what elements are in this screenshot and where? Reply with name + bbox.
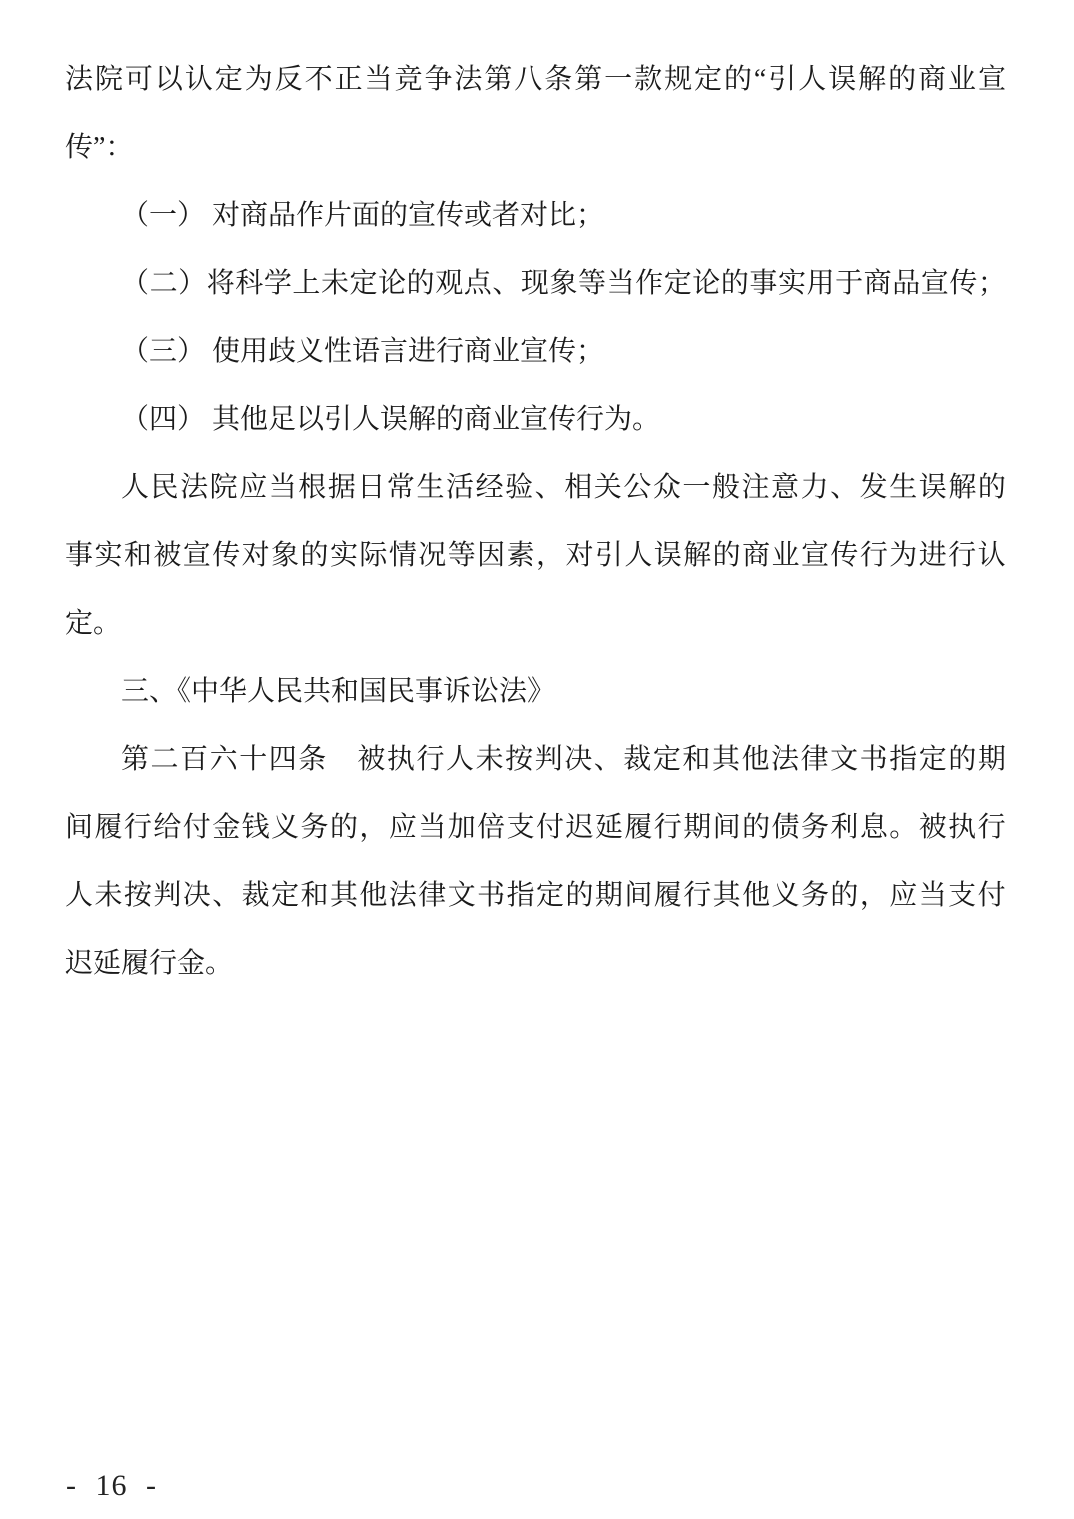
glyph: 二 (150, 250, 178, 318)
glyph: 科 (235, 250, 263, 318)
glyph: 解 (683, 522, 711, 590)
glyph: 、 (594, 726, 622, 794)
glyph: 院 (95, 46, 123, 114)
glyph: 其 (330, 862, 358, 930)
glyph: 百 (180, 726, 208, 794)
glyph: 实 (778, 250, 806, 318)
glyph: 未 (321, 250, 349, 318)
glyph: 根 (298, 454, 326, 522)
text-line: 事实和被宣传对象的实际情况等因素，对引人误解的商业宣传行为进行认 (65, 522, 1006, 590)
glyph: 按 (505, 726, 533, 794)
glyph: 和 (682, 726, 710, 794)
glyph: 上 (292, 250, 320, 318)
glyph: 解 (948, 454, 976, 522)
glyph: 据 (328, 454, 356, 522)
glyph: 意 (771, 454, 799, 522)
glyph: 定 (919, 726, 947, 794)
glyph: 八 (514, 46, 542, 114)
glyph: 四 (269, 726, 297, 794)
glyph: 法 (180, 454, 208, 522)
glyph: 民 (151, 454, 179, 522)
glyph: 第 (574, 46, 602, 114)
glyph: 的 (724, 46, 752, 114)
glyph: 不 (305, 46, 333, 114)
glyph: 行 (860, 522, 888, 590)
glyph: 行 (948, 522, 976, 590)
glyph: 商 (864, 250, 892, 318)
glyph: 进 (919, 522, 947, 590)
glyph: 定 (536, 862, 564, 930)
glyph: 发 (860, 454, 888, 522)
document-page: 法院可以认定为反不正当竞争法第八条第一款规定的“引人误解的商业宣传”：（一） 对… (0, 0, 1074, 1519)
glyph: 的 (330, 794, 358, 862)
glyph: 宣 (978, 46, 1006, 114)
glyph: 象 (271, 522, 299, 590)
glyph: 条 (544, 46, 572, 114)
glyph: 行 (683, 862, 711, 930)
text-line: （一） 对商品作片面的宣传或者对比； (65, 182, 1006, 250)
glyph: 裁 (623, 726, 651, 794)
glyph: 反 (275, 46, 303, 114)
glyph: 加 (448, 794, 476, 862)
glyph: 利 (830, 794, 858, 862)
page-number: - 16 - (66, 1469, 157, 1503)
glyph: 的 (721, 250, 749, 318)
glyph: 定 (664, 250, 692, 318)
glyph: 误 (654, 522, 682, 590)
glyph: 事 (749, 250, 777, 318)
glyph: ； (978, 250, 1006, 318)
glyph: ） (178, 250, 206, 318)
glyph: 定 (653, 726, 681, 794)
glyph: 执 (387, 726, 415, 794)
glyph: 经 (476, 454, 504, 522)
text-line: 人未按判决、裁定和其他法律文书指定的期间履行其他义务的，应当支付 (65, 862, 1006, 930)
glyph: 论 (692, 250, 720, 318)
glyph: 活 (446, 454, 474, 522)
glyph: “ (754, 46, 766, 114)
glyph: 执 (948, 794, 976, 862)
glyph: 竞 (394, 46, 422, 114)
glyph: 被 (357, 726, 385, 794)
glyph: 履 (94, 794, 122, 862)
glyph: 传 (830, 522, 858, 590)
glyph: 学 (264, 250, 292, 318)
glyph: ， (536, 522, 564, 590)
glyph: 指 (507, 862, 535, 930)
glyph: 履 (654, 862, 682, 930)
glyph: 般 (712, 454, 740, 522)
text-line: 三、《中华人民共和国民事诉讼法》 (65, 658, 1006, 726)
glyph: 款 (634, 46, 662, 114)
glyph: 其 (712, 726, 740, 794)
glyph: 定 (694, 46, 722, 114)
glyph: 应 (239, 454, 267, 522)
glyph: 第 (121, 726, 149, 794)
glyph: 文 (830, 726, 858, 794)
glyph: 误 (828, 46, 856, 114)
glyph: 用 (807, 250, 835, 318)
text-line: 间履行给付金钱义务的，应当加倍支付迟延履行期间的债务利息。被执行 (65, 794, 1006, 862)
glyph: 他 (741, 726, 769, 794)
glyph: 定 (271, 862, 299, 930)
glyph: 债 (772, 794, 800, 862)
glyph: 律 (418, 862, 446, 930)
glyph: 况 (418, 522, 446, 590)
glyph: 应 (889, 862, 917, 930)
glyph: 书 (477, 862, 505, 930)
glyph: 对 (565, 522, 593, 590)
glyph: 其 (713, 862, 741, 930)
text-line: （四） 其他足以引人误解的商业宣传行为。 (65, 386, 1006, 454)
glyph: 事 (65, 522, 93, 590)
glyph: 实 (330, 522, 358, 590)
glyph: 义 (271, 794, 299, 862)
glyph: 实 (94, 522, 122, 590)
glyph: 认 (185, 46, 213, 114)
glyph: 因 (477, 522, 505, 590)
glyph: 务 (801, 794, 829, 862)
glyph: 行 (416, 726, 444, 794)
glyph: 争 (424, 46, 452, 114)
glyph: 付 (536, 794, 564, 862)
glyph: 可 (125, 46, 153, 114)
glyph: 间 (65, 794, 93, 862)
glyph: 。 (889, 794, 917, 862)
glyph: 金 (212, 794, 240, 862)
glyph: 被 (153, 522, 181, 590)
glyph: 按 (124, 862, 152, 930)
glyph: 书 (860, 726, 888, 794)
glyph: 延 (595, 794, 623, 862)
glyph: 应 (389, 794, 417, 862)
glyph: 、 (535, 454, 563, 522)
glyph: 当 (607, 250, 635, 318)
glyph: 观 (435, 250, 463, 318)
glyph: 息 (860, 794, 888, 862)
glyph: 点 (464, 250, 492, 318)
glyph: 品 (892, 250, 920, 318)
glyph: 人 (798, 46, 826, 114)
glyph: 为 (889, 522, 917, 590)
glyph: 、 (492, 250, 520, 318)
text-line: 传”： (65, 114, 1006, 182)
glyph: 和 (124, 522, 152, 590)
glyph: 的 (948, 726, 976, 794)
glyph: 期 (595, 862, 623, 930)
glyph: 支 (948, 862, 976, 930)
glyph: 指 (889, 726, 917, 794)
glyph: 付 (978, 862, 1006, 930)
glyph: 的 (407, 250, 435, 318)
glyph: 人 (121, 454, 149, 522)
glyph: 义 (772, 862, 800, 930)
glyph: 付 (183, 794, 211, 862)
glyph: 给 (153, 794, 181, 862)
glyph: 迟 (565, 794, 593, 862)
glyph: 法 (389, 862, 417, 930)
glyph: 期 (683, 794, 711, 862)
glyph: 的 (301, 522, 329, 590)
glyph: 认 (978, 522, 1006, 590)
text-line: 定。 (65, 590, 1006, 658)
glyph: 钱 (242, 794, 270, 862)
glyph: 作 (635, 250, 663, 318)
glyph (328, 726, 356, 794)
glyph: 当 (269, 454, 297, 522)
glyph: 公 (623, 454, 651, 522)
glyph: 等 (448, 522, 476, 590)
glyph: 定 (350, 250, 378, 318)
glyph: 对 (242, 522, 270, 590)
glyph: 论 (378, 250, 406, 318)
glyph: 际 (359, 522, 387, 590)
glyph: 当 (365, 46, 393, 114)
glyph: 验 (505, 454, 533, 522)
glyph: 判 (535, 726, 563, 794)
glyph: 倍 (477, 794, 505, 862)
glyph: 、 (830, 454, 858, 522)
glyph: 将 (207, 250, 235, 318)
glyph: ， (860, 862, 888, 930)
glyph: 条 (298, 726, 326, 794)
glyph: 商 (918, 46, 946, 114)
glyph: 当 (919, 862, 947, 930)
glyph: 象 (549, 250, 577, 318)
glyph: 等 (578, 250, 606, 318)
glyph: 正 (335, 46, 363, 114)
glyph: 六 (210, 726, 238, 794)
glyph: 情 (389, 522, 417, 590)
glyph: 务 (801, 862, 829, 930)
text-line: 第二百六十四条 被执行人未按判决、裁定和其他法律文书指定的期 (65, 726, 1006, 794)
glyph: 未 (476, 726, 504, 794)
glyph: 裁 (242, 862, 270, 930)
glyph: 的 (742, 794, 770, 862)
text-line: （二）将科学上未定论的观点、现象等当作定论的事实用于商品宣传； (65, 250, 1006, 318)
glyph: 履 (624, 794, 652, 862)
glyph: 的 (978, 454, 1006, 522)
glyph: 的 (565, 862, 593, 930)
glyph: 传 (212, 522, 240, 590)
glyph: 期 (978, 726, 1006, 794)
glyph: 常 (387, 454, 415, 522)
glyph: 规 (664, 46, 692, 114)
glyph: 宣 (183, 522, 211, 590)
glyph: 解 (858, 46, 886, 114)
glyph: 引 (768, 46, 796, 114)
glyph: 一 (682, 454, 710, 522)
glyph: 、 (212, 862, 240, 930)
glyph: 宣 (921, 250, 949, 318)
glyph: 行 (978, 794, 1006, 862)
glyph: 的 (713, 522, 741, 590)
glyph: 决 (564, 726, 592, 794)
glyph: 业 (772, 522, 800, 590)
text-line: （三） 使用歧义性语言进行商业宣传； (65, 318, 1006, 386)
glyph: 以 (155, 46, 183, 114)
glyph: 第 (484, 46, 512, 114)
glyph: 他 (742, 862, 770, 930)
glyph: （ (121, 250, 149, 318)
glyph: 误 (919, 454, 947, 522)
glyph: 生 (889, 454, 917, 522)
glyph: 文 (448, 862, 476, 930)
glyph: 人 (624, 522, 652, 590)
glyph: 和 (301, 862, 329, 930)
glyph: 的 (830, 862, 858, 930)
glyph: 间 (713, 794, 741, 862)
glyph: 商 (742, 522, 770, 590)
glyph: 传 (949, 250, 977, 318)
glyph: 支 (507, 794, 535, 862)
glyph: 日 (357, 454, 385, 522)
glyph: 人 (65, 862, 93, 930)
glyph: 二 (151, 726, 179, 794)
glyph: 人 (446, 726, 474, 794)
text-line: 迟延履行金。 (65, 930, 1006, 998)
glyph: 务 (301, 794, 329, 862)
text-line: 法院可以认定为反不正当竞争法第八条第一款规定的“引人误解的商业宣 (65, 46, 1006, 114)
glyph: 未 (94, 862, 122, 930)
glyph: 素 (507, 522, 535, 590)
glyph: 决 (183, 862, 211, 930)
glyph: 行 (654, 794, 682, 862)
text-line: 人民法院应当根据日常生活经验、相关公众一般注意力、发生误解的 (65, 454, 1006, 522)
glyph: 业 (948, 46, 976, 114)
glyph: 注 (741, 454, 769, 522)
glyph: 院 (210, 454, 238, 522)
glyph: 于 (835, 250, 863, 318)
glyph: 的 (888, 46, 916, 114)
glyph: ， (359, 794, 387, 862)
document-body: 法院可以认定为反不正当竞争法第八条第一款规定的“引人误解的商业宣传”：（一） 对… (65, 46, 1006, 998)
glyph: 行 (124, 794, 152, 862)
glyph: 引 (595, 522, 623, 590)
glyph: 力 (801, 454, 829, 522)
glyph: 被 (919, 794, 947, 862)
glyph: 间 (624, 862, 652, 930)
glyph: 现 (521, 250, 549, 318)
glyph: 当 (418, 794, 446, 862)
glyph: 他 (359, 862, 387, 930)
glyph: 十 (239, 726, 267, 794)
glyph: 律 (801, 726, 829, 794)
glyph: 法 (771, 726, 799, 794)
glyph: 定 (215, 46, 243, 114)
glyph: 判 (153, 862, 181, 930)
glyph: 一 (604, 46, 632, 114)
glyph: 生 (416, 454, 444, 522)
glyph: 为 (245, 46, 273, 114)
glyph: 众 (653, 454, 681, 522)
glyph: 法 (65, 46, 93, 114)
glyph: 法 (454, 46, 482, 114)
glyph: 相 (564, 454, 592, 522)
glyph: 宣 (801, 522, 829, 590)
glyph: 关 (594, 454, 622, 522)
